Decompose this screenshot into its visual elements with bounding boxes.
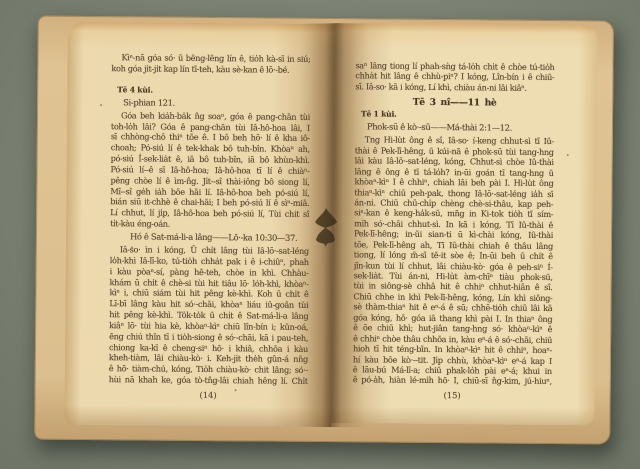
paper-speck xyxy=(235,389,237,391)
paper-speck xyxy=(567,154,569,156)
photo-backdrop: Kìⁿ-nā góa só· ū bēng-lēng lín ê, tio̍h … xyxy=(0,0,640,469)
lesson-heading: Tē 3 nî——11 hè xyxy=(355,97,554,110)
continued-paragraph: saⁿ lâng tiong lí phah-sǹg tá-lo̍h chi̍t… xyxy=(355,60,554,93)
psalm-title: Si-phian 121. xyxy=(123,97,310,109)
text-line: hùi nā khah ke, góa tò-tn̂g-lâi chiah hê… xyxy=(109,374,308,387)
right-page-text: saⁿ lâng tiong lí phah-sǹg tá-lo̍h chi̍t… xyxy=(353,60,555,401)
story-paragraph: Iâ-so· ìn i kóng, Ū chi̍t lâng tùi Iâ-lō… xyxy=(109,244,309,387)
page-number: (14) xyxy=(109,389,308,401)
story-title: Hó ê Sat-má-li-a lâng——Lō·-ka 10:30—37. xyxy=(130,231,309,243)
paper-speck xyxy=(131,246,133,248)
right-page: saⁿ lâng tiong lí phah-sǹg tá-lo̍h chi̍t… xyxy=(331,23,597,425)
section-label: Tē 1 kùi. xyxy=(361,110,554,121)
psalm-paragraph: Góa beh kia̍h-ba̍k n̂g soaⁿ, góa ê pang-… xyxy=(110,110,310,231)
paper-speck xyxy=(100,104,102,106)
text-line: ê pó-a̍h, hiàn lé-mi̍h hō· I, chiū-sī n̂… xyxy=(353,375,552,387)
left-page-text: Kìⁿ-nā góa só· ū bēng-lēng lín ê, tio̍h … xyxy=(109,52,311,401)
continued-paragraph: Kìⁿ-nā góa só· ū bēng-lēng lín ê, tio̍h … xyxy=(111,52,310,75)
open-book: Kìⁿ-nā góa só· ū bēng-lēng lín ê, tio̍h … xyxy=(0,0,640,469)
gutter-stain xyxy=(312,207,340,249)
section-label: Tē 4 kùi. xyxy=(117,85,310,96)
left-page: Kìⁿ-nā góa só· ū bēng-lēng lín ê, tio̍h … xyxy=(64,22,335,427)
story-title: Phok-sū ê kò·-sū——Má-thài 2:1—12. xyxy=(367,122,554,134)
text-line: sī. Iâ-so· kā i kóng, Lí khì, chiàu án-n… xyxy=(355,81,554,93)
body-paragraph: Tng Hi-lu̍t ông ê sî, Iâ-so· í-keng chhu… xyxy=(353,135,554,387)
page-number: (15) xyxy=(353,389,552,401)
text-line: koh góa ji̍t-ji̍t kap lín tī-teh, kàu sè… xyxy=(111,63,310,76)
text-line: ti̍t-kàu éng-oán. xyxy=(110,218,309,231)
